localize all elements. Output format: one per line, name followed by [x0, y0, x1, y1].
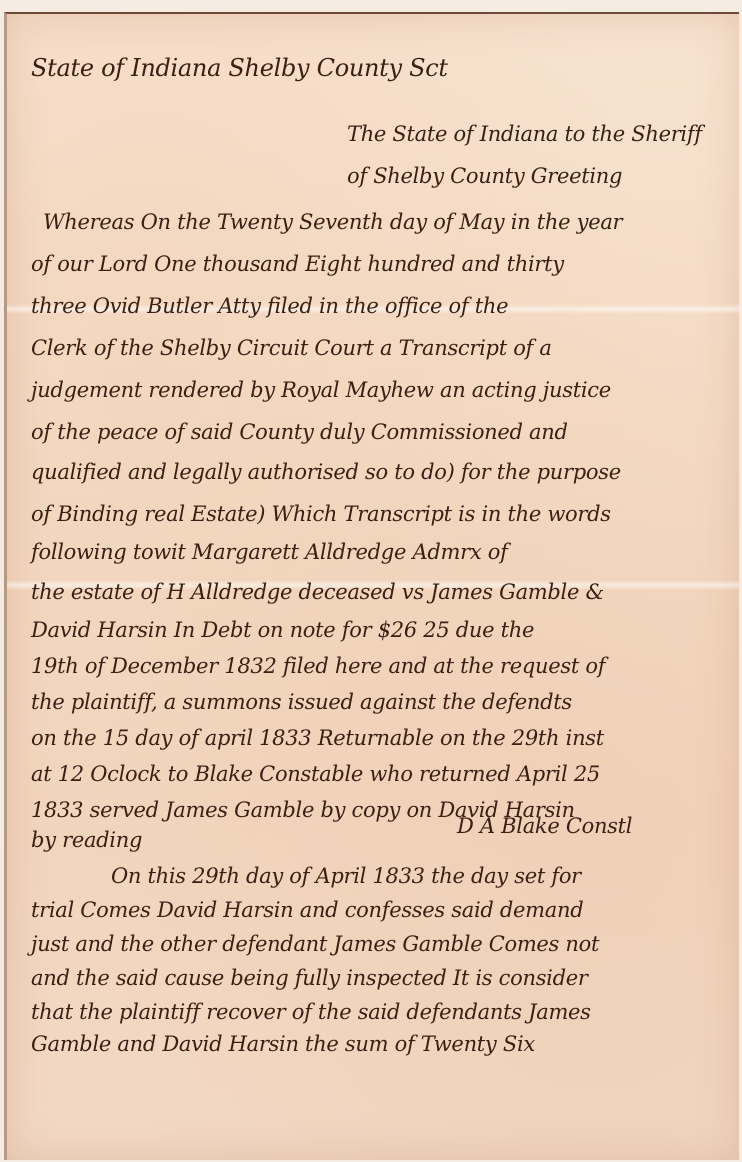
- body-line: David Harsin In Debt on note for $26 25 …: [31, 618, 534, 642]
- body-line: of the peace of said County duly Commiss…: [31, 420, 568, 444]
- salutation-line: of Shelby County Greeting: [347, 164, 622, 188]
- trial-line: and the said cause being fully inspected…: [31, 966, 588, 990]
- constable-signature: D A Blake Constl: [457, 814, 632, 838]
- trial-line: that the plaintiff recover of the said d…: [31, 1000, 591, 1024]
- salutation-line: The State of Indiana to the Sheriff: [347, 122, 702, 146]
- body-line: qualified and legally authorised so to d…: [31, 460, 621, 484]
- body-line: the plaintiff, a summons issued against …: [31, 690, 572, 714]
- body-line: by reading: [31, 828, 142, 852]
- manuscript-page: State of Indiana Shelby County Sct The S…: [4, 12, 739, 1160]
- body-line: Clerk of the Shelby Circuit Court a Tran…: [31, 336, 552, 360]
- trial-line: Gamble and David Harsin the sum of Twent…: [31, 1032, 535, 1056]
- body-line: judgement rendered by Royal Mayhew an ac…: [31, 378, 611, 402]
- body-line: Whereas On the Twenty Seventh day of May…: [43, 210, 622, 234]
- trial-line: On this 29th day of April 1833 the day s…: [111, 864, 581, 888]
- body-line: of our Lord One thousand Eight hundred a…: [31, 252, 564, 276]
- document-header: State of Indiana Shelby County Sct: [31, 54, 448, 82]
- body-line: at 12 Oclock to Blake Constable who retu…: [31, 762, 600, 786]
- body-line: 19th of December 1832 filed here and at …: [31, 654, 605, 678]
- body-line: on the 15 day of april 1833 Returnable o…: [31, 726, 604, 750]
- body-line: the estate of H Alldredge deceased vs Ja…: [31, 580, 604, 604]
- trial-line: trial Comes David Harsin and confesses s…: [31, 898, 583, 922]
- body-line: following towit Margarett Alldredge Admr…: [31, 540, 508, 564]
- trial-line: just and the other defendant James Gambl…: [31, 932, 599, 956]
- body-line: three Ovid Butler Atty filed in the offi…: [31, 294, 508, 318]
- body-line: of Binding real Estate) Which Transcript…: [31, 502, 611, 526]
